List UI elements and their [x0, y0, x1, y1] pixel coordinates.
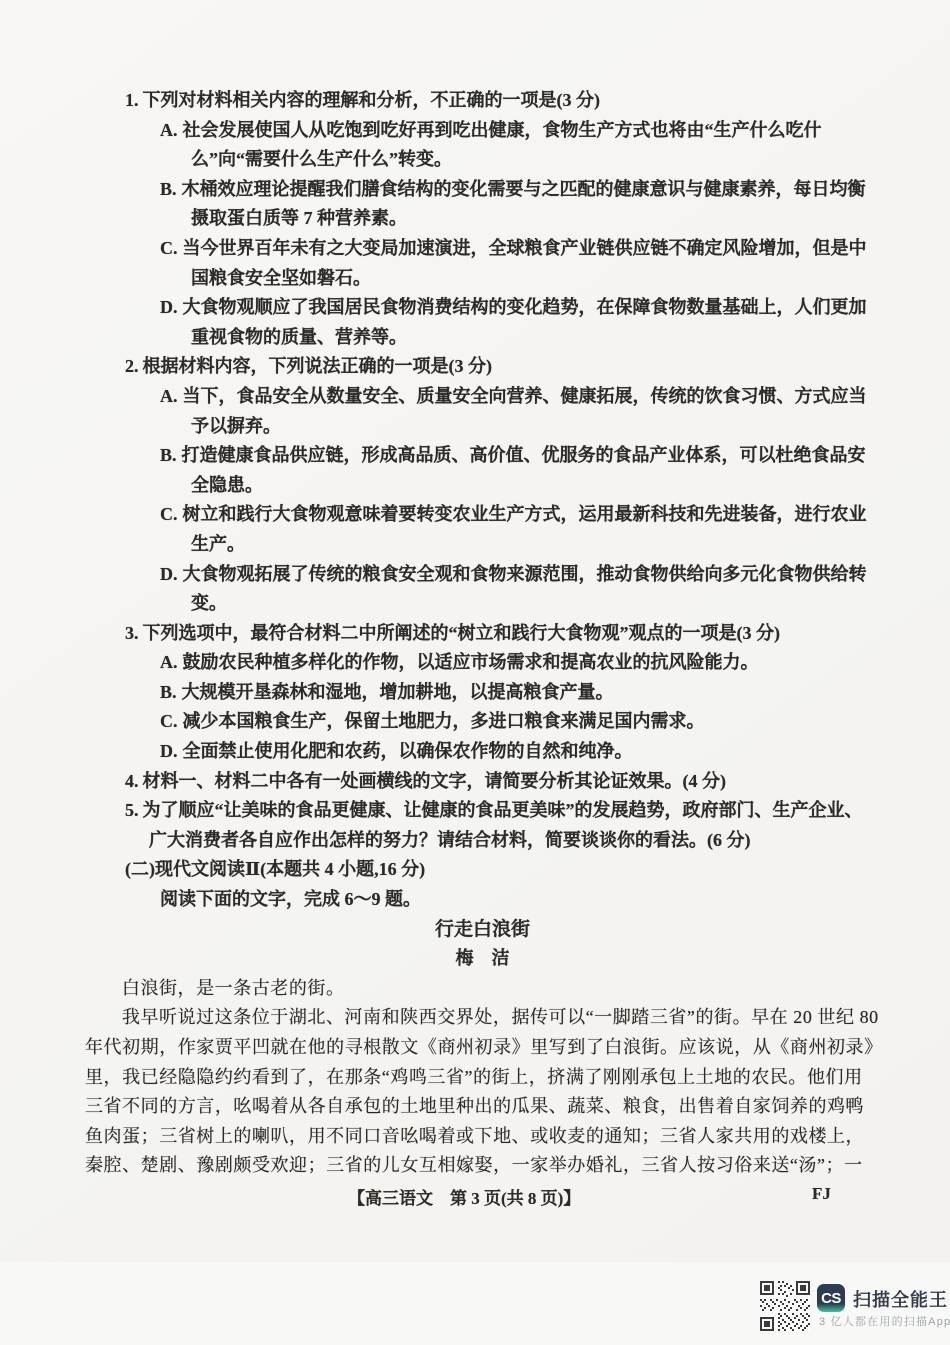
question-2-stem: 2.根据材料内容，下列说法正确的一项是(3 分): [125, 352, 880, 382]
exam-content: 1.下列对材料相关内容的理解和分析，不正确的一项是(3 分) A.社会发展使国人…: [85, 86, 880, 1181]
question-2-option-c: C.树立和践行大食物观意味着要转变农业生产方式，运用最新科技和先进装备，进行农业…: [125, 500, 880, 559]
option-text: 树立和践行大食物观意味着要转变农业生产方式，运用最新科技和先进装备，进行农业生产…: [183, 504, 867, 554]
question-2-text: 根据材料内容，下列说法正确的一项是(3 分): [143, 356, 493, 376]
question-2-number: 2.: [125, 356, 139, 376]
camscanner-app-name: 扫描全能王: [853, 1286, 948, 1312]
option-text: 大规模开垦森林和湿地，增加耕地，以提高粮食产量。: [182, 682, 614, 702]
option-label: D.: [160, 564, 178, 584]
footer-exam-code: FJ: [812, 1184, 831, 1204]
question-2-option-b: B.打造健康食品供应链，形成高品质、高价值、优服务的食品产业体系，可以杜绝食品安…: [125, 441, 880, 500]
passage-paragraph-1: 白浪街，是一条古老的街。: [85, 974, 880, 1004]
question-3-stem: 3.下列选项中，最符合材料二中所阐述的“树立和践行大食物观”观点的一项是(3 分…: [125, 619, 880, 649]
question-3-option-c: C.减少本国粮食生产，保留土地肥力，多进口粮食来满足国内需求。: [125, 707, 880, 737]
question-3-option-d: D.全面禁止使用化肥和农药，以确保农作物的自然和纯净。: [125, 737, 880, 767]
option-text: 大食物观拓展了传统的粮食安全观和食物来源范围，推动食物供给向多元化食物供给转变。: [183, 564, 867, 614]
question-3-option-b: B.大规模开垦森林和湿地，增加耕地，以提高粮食产量。: [125, 678, 880, 708]
question-4-text: 材料一、材料二中各有一处画横线的文字，请简要分析其论证效果。(4 分): [143, 771, 727, 791]
camscanner-logo-icon: CS: [817, 1284, 845, 1312]
option-label: B.: [160, 682, 177, 702]
option-label: C.: [160, 711, 178, 731]
option-text: 大食物观顺应了我国居民食物消费结构的变化趋势，在保障食物数量基础上，人们更加重视…: [183, 297, 867, 347]
camscanner-tagline: 3 亿人都在用的扫描App: [819, 1313, 950, 1329]
option-label: B.: [160, 445, 177, 465]
question-3-number: 3.: [125, 623, 139, 643]
option-text: 当今世界百年未有之大变局加速演进，全球粮食产业链供应链不确定风险增加，但是中国粮…: [183, 238, 867, 288]
question-1-option-a: A.社会发展使国人从吃饱到吃好再到吃出健康，食物生产方式也将由“生产什么吃什么”…: [125, 116, 880, 175]
question-2-option-d: D.大食物观拓展了传统的粮食安全观和食物来源范围，推动食物供给向多元化食物供给转…: [125, 560, 880, 619]
option-label: C.: [160, 238, 178, 258]
option-text: 鼓励农民种植多样化的作物，以适应市场需求和提高农业的抗风险能力。: [183, 652, 759, 672]
question-2-option-a: A.当下，食品安全从数量安全、质量安全向营养、健康拓展，传统的饮食习惯、方式应当…: [125, 382, 880, 441]
option-label: A.: [160, 386, 178, 406]
question-1-text: 下列对材料相关内容的理解和分析，不正确的一项是(3 分): [143, 90, 601, 110]
passage-author: 梅 洁: [85, 944, 880, 974]
option-text: 社会发展使国人从吃饱到吃好再到吃出健康，食物生产方式也将由“生产什么吃什么”向“…: [183, 120, 822, 170]
camscanner-logo-text: CS: [821, 1290, 841, 1307]
camscanner-watermark: CS 扫描全能王 3 亿人都在用的扫描App: [0, 1262, 950, 1345]
option-label: A.: [160, 652, 178, 672]
question-1-option-b: B.木桶效应理论提醒我们膳食结构的变化需要与之匹配的健康意识与健康素养，每日均衡…: [125, 175, 880, 234]
option-label: D.: [160, 297, 178, 317]
question-1-stem: 1.下列对材料相关内容的理解和分析，不正确的一项是(3 分): [125, 86, 880, 116]
option-text: 全面禁止使用化肥和农药，以确保农作物的自然和纯净。: [183, 741, 633, 761]
question-1-number: 1.: [125, 90, 139, 110]
passage-title: 行走白浪街: [85, 915, 880, 945]
qr-code-icon: [760, 1281, 810, 1331]
option-text: 打造健康食品供应链，形成高品质、高价值、优服务的食品产业体系，可以杜绝食品安全隐…: [182, 445, 866, 495]
page-footer: 【高三语文 第 3 页(共 8 页)】 FJ: [0, 1184, 950, 1214]
question-1-option-c: C.当今世界百年未有之大变局加速演进，全球粮食产业链供应链不确定风险增加，但是中…: [125, 234, 880, 293]
option-label: A.: [160, 120, 178, 140]
option-label: D.: [160, 741, 178, 761]
option-label: B.: [160, 179, 177, 199]
question-5-number: 5.: [125, 800, 139, 820]
option-label: C.: [160, 504, 178, 524]
question-4-stem: 4.材料一、材料二中各有一处画横线的文字，请简要分析其论证效果。(4 分): [125, 767, 880, 797]
reading-instruction: 阅读下面的文字，完成 6～9 题。: [160, 885, 880, 915]
question-5-text: 为了顺应“让美味的食品更健康、让健康的食品更美味”的发展趋势，政府部门、生产企业…: [143, 800, 863, 850]
section-heading: (二)现代文阅读Ⅱ(本题共 4 小题,16 分): [125, 855, 880, 885]
option-text: 当下，食品安全从数量安全、质量安全向营养、健康拓展，传统的饮食习惯、方式应当予以…: [183, 386, 867, 436]
option-text: 减少本国粮食生产，保留土地肥力，多进口粮食来满足国内需求。: [183, 711, 705, 731]
scanned-exam-page: 1.下列对材料相关内容的理解和分析，不正确的一项是(3 分) A.社会发展使国人…: [0, 0, 950, 1345]
question-3-option-a: A.鼓励农民种植多样化的作物，以适应市场需求和提高农业的抗风险能力。: [125, 648, 880, 678]
question-5-stem: 5.为了顺应“让美味的食品更健康、让健康的食品更美味”的发展趋势，政府部门、生产…: [125, 796, 880, 855]
question-4-number: 4.: [125, 771, 139, 791]
footer-page-label: 【高三语文 第 3 页(共 8 页)】: [348, 1184, 580, 1209]
passage-paragraph-2: 我早听说过这条位于湖北、河南和陕西交界处，据传可以“一脚踏三省”的街。早在 20…: [85, 1003, 880, 1181]
option-text: 木桶效应理论提醒我们膳食结构的变化需要与之匹配的健康意识与健康素养，每日均衡摄取…: [182, 179, 866, 229]
question-3-text: 下列选项中，最符合材料二中所阐述的“树立和践行大食物观”观点的一项是(3 分): [143, 623, 781, 643]
question-1-option-d: D.大食物观顺应了我国居民食物消费结构的变化趋势，在保障食物数量基础上，人们更加…: [125, 293, 880, 352]
